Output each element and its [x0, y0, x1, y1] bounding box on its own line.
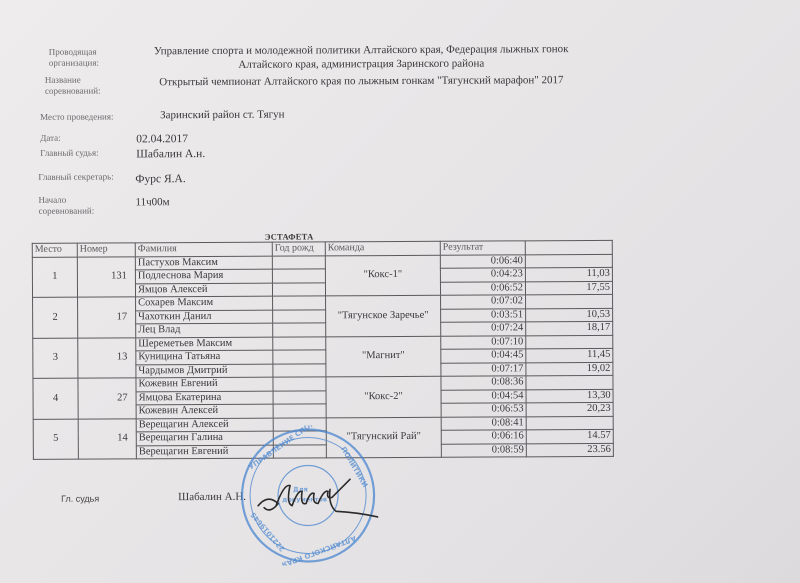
cumulative-cell: 13,30 — [526, 389, 613, 403]
cumulative-cell: 17,55 — [525, 281, 612, 295]
birth-year-cell — [272, 282, 325, 296]
cumulative-cell: 14.57 — [526, 429, 613, 443]
place-cell: 2 — [33, 297, 78, 338]
date-value: 02.04.2017 — [136, 133, 188, 145]
athlete-name-cell: Куницина Татьяна — [136, 350, 273, 364]
cumulative-cell — [526, 294, 613, 308]
result-time-cell: 0:07:02 — [441, 295, 526, 309]
result-time-cell: 0:06:40 — [440, 254, 525, 268]
birth-year-cell — [273, 323, 326, 337]
result-time-cell: 0:04:54 — [441, 389, 526, 403]
cumulative-cell — [526, 335, 613, 349]
results-document: Проводящая организация: Управление спорт… — [0, 0, 800, 583]
birth-year-cell — [273, 363, 326, 377]
bib-number-cell: 17 — [78, 297, 136, 338]
team-cell: "Магнит" — [326, 336, 441, 377]
cumulative-cell: 18,17 — [526, 321, 613, 335]
bib-number-cell: 131 — [77, 256, 135, 297]
birth-year-cell — [272, 255, 325, 269]
athlete-name-cell: Кожевин Евгений — [136, 377, 273, 391]
svg-text:ПОЛИТИКИ: ПОЛИТИКИ — [339, 446, 369, 490]
venue-value: Заринский район ст. Тягун — [160, 109, 285, 122]
chief-secretary-value: Фурс Я.А. — [135, 173, 185, 185]
result-time-cell: 0:08:41 — [441, 416, 526, 430]
venue-label: Место проведения: — [40, 111, 113, 122]
col-year: Год рожд — [272, 242, 325, 256]
athlete-name-cell: Лец Влад — [136, 323, 273, 337]
svg-text:2221019645: 2221019645 — [249, 510, 287, 552]
result-time-cell: 0:06:52 — [440, 281, 525, 295]
athlete-name-cell: Чахоткин Данил — [136, 310, 273, 324]
start-value: 11ч00м — [136, 196, 170, 208]
athlete-name-cell: Пастухов Максим — [135, 256, 272, 270]
date-label: Дата: — [40, 133, 61, 144]
athlete-name-cell: Шереметьев Максим — [136, 337, 273, 351]
birth-year-cell — [273, 390, 326, 404]
competition-name: Открытый чемпионат Алтайского края по лы… — [139, 74, 584, 88]
cumulative-cell: 11,45 — [526, 348, 613, 362]
section-title: ЭСТАФЕТА — [265, 231, 314, 241]
cumulative-cell: 10,53 — [526, 308, 613, 322]
official-stamp: УПРАВЛЕНИЕ СПОРТА И МОЛОДЁЖНОЙ АЛТАЙСКОГ… — [238, 425, 379, 566]
organizers-label: Проводящая организация: — [49, 46, 129, 68]
result-time-cell: 0:07:10 — [441, 335, 526, 349]
result-time-cell: 0:06:53 — [441, 403, 526, 417]
start-label: Начало соревнований: — [38, 195, 108, 217]
result-time-cell: 0:06:16 — [441, 430, 526, 444]
col-number: Номер — [77, 243, 135, 257]
team-cell: "Кокс-2" — [326, 376, 441, 417]
cumulative-cell: 23.56 — [526, 443, 613, 457]
organizers-line1: Управление спорта и молодежной политики … — [139, 43, 584, 57]
result-time-cell: 0:04:45 — [441, 349, 526, 363]
birth-year-cell — [273, 336, 326, 350]
bib-number-cell: 13 — [78, 337, 136, 378]
chief-secretary-label: Главный секретарь: — [38, 171, 113, 182]
organizers-line2: Алтайского края, администрация Заринског… — [139, 57, 584, 71]
result-time-cell: 0:08:59 — [441, 443, 526, 457]
col-place: Место — [32, 243, 77, 257]
col-name: Фамилия — [135, 242, 272, 256]
result-time-cell: 0:07:24 — [441, 322, 526, 336]
athlete-name-cell: Ямцов Алексей — [135, 283, 272, 297]
svg-text:УПРАВЛЕНИЕ СПОРТА И МОЛОДЁЖНОЙ: УПРАВЛЕНИЕ СПОРТА И МОЛОДЁЖНОЙ — [247, 425, 379, 471]
cumulative-cell — [526, 416, 613, 430]
birth-year-cell — [273, 350, 326, 364]
athlete-name-cell: Сохарев Максим — [136, 296, 273, 310]
result-time-cell: 0:03:51 — [441, 308, 526, 322]
birth-year-cell — [273, 309, 326, 323]
chief-judge-value: Шабалин А.н. — [136, 148, 205, 160]
cumulative-cell: 19,02 — [526, 362, 613, 376]
birth-year-cell — [273, 404, 326, 418]
team-cell: "Кокс-1" — [325, 255, 440, 296]
athlete-name-cell: Подлеснова Мария — [135, 269, 272, 283]
birth-year-cell — [273, 296, 326, 310]
cumulative-cell — [525, 254, 612, 268]
place-cell: 4 — [33, 378, 78, 419]
athlete-name-cell: Чардымов Дмитрий — [136, 364, 273, 378]
athlete-name-cell: Ямцова Екатерина — [136, 391, 273, 405]
cumulative-cell — [526, 375, 613, 389]
cumulative-cell: 11,03 — [525, 267, 612, 281]
birth-year-cell — [272, 269, 325, 283]
stamp-center-text-1: Для — [293, 485, 308, 493]
result-time-cell: 0:04:23 — [440, 268, 525, 282]
bib-number-cell: 14 — [78, 418, 136, 459]
team-cell: "Тягунское Заречье" — [326, 295, 441, 336]
col-team: Команда — [325, 241, 440, 255]
result-time-cell: 0:07:17 — [441, 362, 526, 376]
cumulative-cell: 20,23 — [526, 402, 613, 416]
col-lag — [525, 240, 612, 254]
competition-label: Название соревнований: — [45, 74, 125, 96]
place-cell: 1 — [32, 257, 77, 298]
result-time-cell: 0:08:36 — [441, 376, 526, 390]
bib-number-cell: 27 — [78, 378, 136, 419]
judge-label: Гл. судья — [61, 494, 99, 504]
chief-judge-label: Главный судья: — [40, 148, 98, 159]
place-cell: 3 — [33, 338, 78, 379]
col-result: Результат — [440, 241, 525, 255]
judge-name: Шабалин А.Н. — [178, 491, 246, 503]
place-cell: 5 — [33, 419, 78, 460]
birth-year-cell — [273, 377, 326, 391]
athlete-name-cell: Кожевин Алексей — [136, 404, 273, 418]
